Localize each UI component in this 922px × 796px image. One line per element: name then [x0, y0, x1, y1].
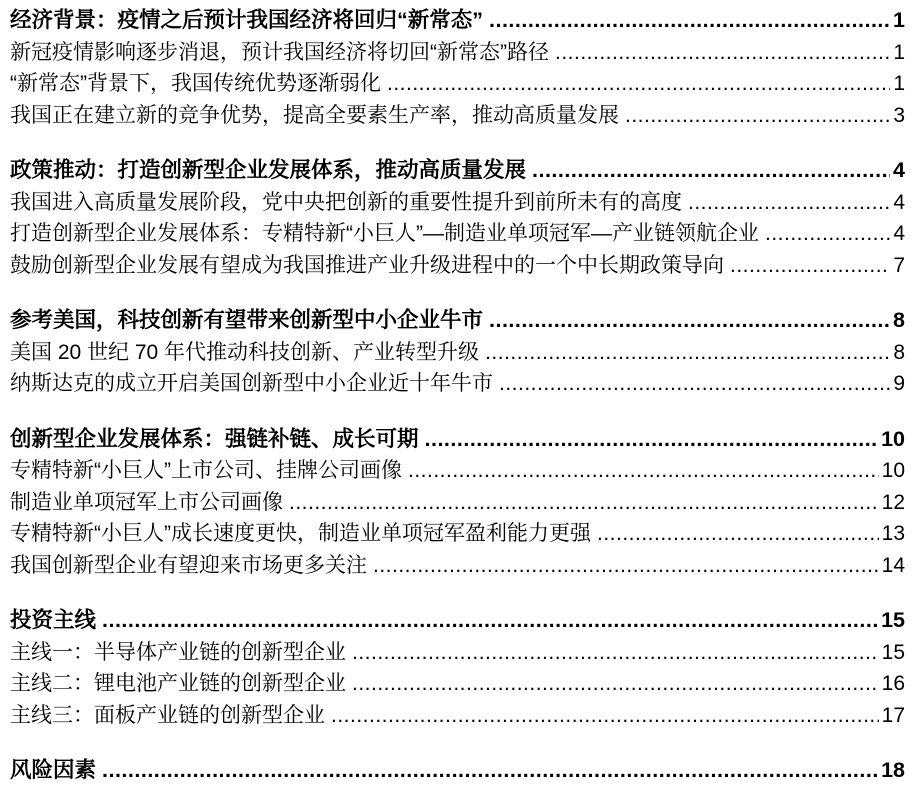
toc-entry-title: 新冠疫情影响逐步消退，预计我国经济将切回“新常态”路径 [10, 37, 549, 69]
toc-entry-page: 7 [893, 250, 905, 282]
toc-leader-dots: ........................................… [489, 305, 890, 337]
toc-entry[interactable]: 我国创新型企业有望迎来市场更多关注 ......................… [10, 550, 905, 582]
toc-entry-title: 美国 20 世纪 70 年代推动科技创新、产业转型升级 [10, 337, 479, 369]
toc-leader-dots: ........................................… [730, 250, 890, 282]
toc-section-entry[interactable]: 经济背景：疫情之后预计我国经济将回归“新常态” ................… [10, 5, 905, 37]
toc-leader-dots: ........................................… [485, 337, 890, 369]
toc-leader-dots: ........................................… [387, 68, 890, 100]
toc-leader-dots: ........................................… [425, 424, 879, 456]
toc-entry-page: 18 [881, 755, 905, 787]
toc-entry-title: 主线三：面板产业链的创新型企业 [10, 700, 325, 732]
toc-entry-page: 3 [893, 100, 905, 132]
toc-entry-page: 1 [893, 37, 905, 69]
toc-section-entry[interactable]: 创新型企业发展体系：强链补链、成长可期 ....................… [10, 424, 905, 456]
toc-leader-dots: ........................................… [765, 218, 890, 250]
toc-entry-title: 经济背景：疫情之后预计我国经济将回归“新常态” [10, 5, 483, 37]
toc-entry-title: 打造创新型企业发展体系：专精特新“小巨人”—制造业单项冠军—产业链领航企业 [10, 218, 759, 250]
toc-entry[interactable]: 新冠疫情影响逐步消退，预计我国经济将切回“新常态”路径 ............… [10, 37, 905, 69]
toc-entry-title: “新常态”背景下，我国传统优势逐渐弱化 [10, 68, 381, 100]
toc-entry[interactable]: 主线三：面板产业链的创新型企业 ........................… [10, 700, 905, 732]
toc-entry[interactable]: 制造业单项冠军上市公司画像 ..........................… [10, 487, 905, 519]
toc-entry-title: 我国正在建立新的竞争优势，提高全要素生产率，推动高质量发展 [10, 100, 619, 132]
toc-entry-title: 鼓励创新型企业发展有望成为我国推进产业升级进程中的一个中长期政策导向 [10, 250, 724, 282]
toc-leader-dots: ........................................… [555, 37, 890, 69]
toc-entry[interactable]: 主线二：锂电池产业链的创新型企业 .......................… [10, 668, 905, 700]
toc-entry-page: 15 [882, 637, 905, 669]
toc-entry-page: 12 [882, 487, 905, 519]
toc-entry-title: 我国创新型企业有望迎来市场更多关注 [10, 550, 367, 582]
toc-entry[interactable]: 专精特新“小巨人”上市公司、挂牌公司画像 ...................… [10, 455, 905, 487]
toc-entry-page: 10 [881, 424, 905, 456]
toc-entry[interactable]: 纳斯达克的成立开启美国创新型中小企业近十年牛市 ................… [10, 368, 905, 400]
toc-entry-page: 1 [893, 5, 905, 37]
toc-entry-page: 15 [881, 605, 905, 637]
toc-entry-title: 主线二：锂电池产业链的创新型企业 [10, 668, 346, 700]
toc-entry-page: 1 [893, 68, 905, 100]
toc-entry-title: 风险因素 [10, 755, 96, 787]
toc-entry[interactable]: 鼓励创新型企业发展有望成为我国推进产业升级进程中的一个中长期政策导向 .....… [10, 250, 905, 282]
toc-leader-dots: ........................................… [102, 605, 878, 637]
toc-entry[interactable]: 打造创新型企业发展体系：专精特新“小巨人”—制造业单项冠军—产业链领航企业 ..… [10, 218, 905, 250]
toc-entry-page: 4 [893, 187, 905, 219]
toc-leader-dots: ........................................… [352, 637, 879, 669]
toc-leader-dots: ........................................… [489, 5, 890, 37]
toc-leader-dots: ........................................… [331, 700, 879, 732]
toc-entry-title: 参考美国，科技创新有望带来创新型中小企业牛市 [10, 305, 483, 337]
toc-leader-dots: ........................................… [532, 155, 890, 187]
toc-leader-dots: ........................................… [102, 755, 878, 787]
toc-entry[interactable]: 我国正在建立新的竞争优势，提高全要素生产率，推动高质量发展 ..........… [10, 100, 905, 132]
toc-entry-title: 专精特新“小巨人”成长速度更快，制造业单项冠军盈利能力更强 [10, 518, 591, 550]
toc-entry-title: 政策推动：打造创新型企业发展体系，推动高质量发展 [10, 155, 526, 187]
toc-entry-page: 16 [882, 668, 905, 700]
toc-entry-title: 我国进入高质量发展阶段，党中央把创新的重要性提升到前所未有的高度 [10, 187, 682, 219]
toc-entry-title: 制造业单项冠军上市公司画像 [10, 487, 283, 519]
toc-entry-page: 17 [882, 700, 905, 732]
table-of-contents: 经济背景：疫情之后预计我国经济将回归“新常态” ................… [0, 0, 922, 787]
toc-entry-page: 9 [893, 368, 905, 400]
toc-entry-page: 13 [882, 518, 905, 550]
toc-entry-page: 4 [893, 218, 905, 250]
toc-entry[interactable]: “新常态”背景下，我国传统优势逐渐弱化 ....................… [10, 68, 905, 100]
toc-entry-page: 8 [893, 305, 905, 337]
toc-entry-page: 14 [882, 550, 905, 582]
toc-entry[interactable]: 美国 20 世纪 70 年代推动科技创新、产业转型升级 ............… [10, 337, 905, 369]
toc-leader-dots: ........................................… [352, 668, 879, 700]
toc-entry-title: 创新型企业发展体系：强链补链、成长可期 [10, 424, 419, 456]
toc-entry-title: 纳斯达克的成立开启美国创新型中小企业近十年牛市 [10, 368, 493, 400]
toc-leader-dots: ........................................… [688, 187, 890, 219]
toc-section-entry[interactable]: 风险因素 ...................................… [10, 755, 905, 787]
toc-entry[interactable]: 主线一：半导体产业链的创新型企业 .......................… [10, 637, 905, 669]
toc-entry-title: 投资主线 [10, 605, 96, 637]
toc-entry[interactable]: 我国进入高质量发展阶段，党中央把创新的重要性提升到前所未有的高度 .......… [10, 187, 905, 219]
toc-entry-page: 10 [882, 455, 905, 487]
toc-entry[interactable]: 专精特新“小巨人”成长速度更快，制造业单项冠军盈利能力更强 ..........… [10, 518, 905, 550]
toc-leader-dots: ........................................… [499, 368, 890, 400]
toc-leader-dots: ........................................… [625, 100, 890, 132]
toc-section-entry[interactable]: 投资主线 ...................................… [10, 605, 905, 637]
toc-section-entry[interactable]: 政策推动：打造创新型企业发展体系，推动高质量发展 ...............… [10, 155, 905, 187]
toc-entry-title: 专精特新“小巨人”上市公司、挂牌公司画像 [10, 455, 402, 487]
toc-entry-page: 4 [893, 155, 905, 187]
toc-leader-dots: ........................................… [373, 550, 879, 582]
toc-leader-dots: ........................................… [597, 518, 879, 550]
toc-entry-title: 主线一：半导体产业链的创新型企业 [10, 637, 346, 669]
toc-entry-page: 8 [893, 337, 905, 369]
toc-leader-dots: ........................................… [408, 455, 879, 487]
toc-section-entry[interactable]: 参考美国，科技创新有望带来创新型中小企业牛市 .................… [10, 305, 905, 337]
toc-leader-dots: ........................................… [289, 487, 879, 519]
